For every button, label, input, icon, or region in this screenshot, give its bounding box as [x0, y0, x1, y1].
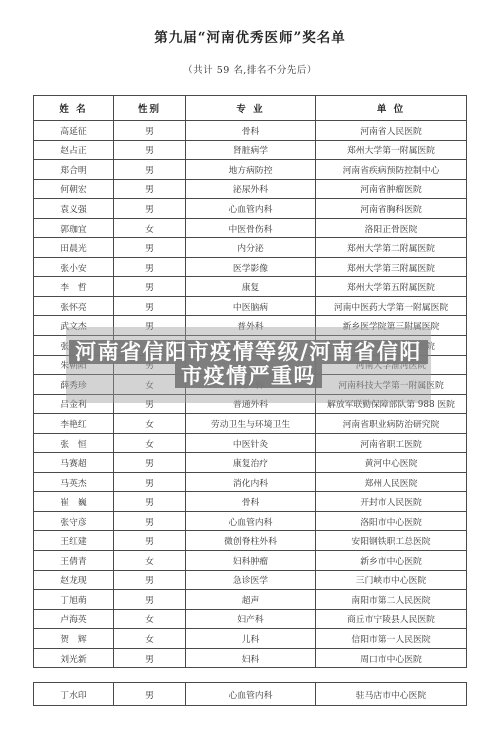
cell-name: 赵龙现 — [34, 570, 114, 590]
column-header-gender: 性别 — [114, 96, 186, 121]
cell-gender: 男 — [114, 277, 186, 297]
detached-award-table: 丁水印 男 心血管内科 驻马店市中心医院 — [33, 682, 467, 706]
cell-organization: 安阳钢铁职工总医院 — [316, 531, 467, 551]
table-row: 马英杰 男 消化内科 郑州人民医院 — [34, 472, 467, 492]
cell-name: 武文杰 — [34, 316, 114, 336]
cell-name: 卢海英 — [34, 609, 114, 629]
cell-gender: 男 — [114, 179, 186, 199]
table-row: 张小安 男 医学影像 郑州大学第三附属医院 — [34, 257, 467, 277]
table-row: 朱朝阳 男 河南大学淮河医院 — [34, 355, 467, 375]
cell-name: 李 哲 — [34, 277, 114, 297]
cell-organization: 洛阳市中心医院 — [316, 511, 467, 531]
table-row: 王红建 男 微创脊柱外科 安阳钢铁职工总医院 — [34, 531, 467, 551]
cell-name: 崔 巍 — [34, 492, 114, 512]
cell-organization: 驻马店市中心医院 — [316, 683, 467, 706]
cell-name: 张 恒 — [34, 433, 114, 453]
cell-specialty: 心血管内科 — [186, 683, 316, 706]
cell-organization: 信阳市第一人民医院 — [316, 629, 467, 649]
cell-specialty: 微创脊柱外科 — [186, 531, 316, 551]
cell-organization: 开封市人民医院 — [316, 492, 467, 512]
cell-gender: 女 — [114, 375, 186, 395]
table-row: 张 恒 女 中医针灸 河南省职工医院 — [34, 433, 467, 453]
cell-gender: 男 — [114, 472, 186, 492]
cell-specialty: 妇产科 — [186, 375, 316, 395]
cell-name: 贺 辉 — [34, 629, 114, 649]
cell-organization: 郑州大学第二附属医院 — [316, 238, 467, 258]
cell-name: 丁水印 — [34, 683, 114, 706]
cell-gender: 男 — [114, 316, 186, 336]
cell-organization: 洛阳正骨医院 — [316, 218, 467, 238]
table-row: 吕金利 男 普通外科 解放军联勤保障部队第 988 医院 — [34, 394, 467, 414]
table-row: 袁义强 男 心血管内科 河南省胸科医院 — [34, 199, 467, 219]
table-row: 高延征 男 骨科 河南省人民医院 — [34, 121, 467, 141]
cell-specialty: 内分泌 — [186, 238, 316, 258]
table-row: 卢海英 女 妇产科 商丘市宁陵县人民医院 — [34, 609, 467, 629]
table-header-row: 姓 名 性别 专 业 单 位 — [34, 96, 467, 121]
cell-name: 王红建 — [34, 531, 114, 551]
table-row: 张双林 男 胸心外科 河南大学第一附属医院 — [34, 336, 467, 356]
cell-name: 马英杰 — [34, 472, 114, 492]
cell-organization: 河南大学第一附属医院 — [316, 336, 467, 356]
cell-gender: 男 — [114, 121, 186, 141]
table-row: 郭珈宜 女 中医骨伤科 洛阳正骨医院 — [34, 218, 467, 238]
cell-gender: 女 — [114, 414, 186, 434]
cell-specialty: 骨科 — [186, 121, 316, 141]
cell-specialty: 中医骨伤科 — [186, 218, 316, 238]
cell-organization: 新乡市中心医院 — [316, 551, 467, 571]
award-document-page: 第九届“河南优秀医师”奖名单 （共计 59 名,排名不分先后） 姓 名 性别 专… — [0, 0, 500, 733]
detached-table-body: 丁水印 男 心血管内科 驻马店市中心医院 — [34, 683, 467, 706]
cell-gender: 男 — [114, 492, 186, 512]
cell-specialty: 康复 — [186, 277, 316, 297]
cell-gender: 男 — [114, 648, 186, 668]
cell-organization: 三门峡市中心医院 — [316, 570, 467, 590]
table-row: 武文杰 男 普外科 新乡医学院第三附属医院 — [34, 316, 467, 336]
cell-gender: 男 — [114, 570, 186, 590]
cell-specialty: 超声 — [186, 590, 316, 610]
cell-specialty: 泌尿外科 — [186, 179, 316, 199]
cell-name: 马赛超 — [34, 453, 114, 473]
cell-organization: 河南中医药大学第一附属医院 — [316, 296, 467, 316]
table-row: 张怀亮 男 中医脑病 河南中医药大学第一附属医院 — [34, 296, 467, 316]
cell-gender: 男 — [114, 199, 186, 219]
award-table: 姓 名 性别 专 业 单 位 高延征 男 骨科 河南省人民医院 赵占正 男 肾脏… — [33, 95, 467, 668]
cell-specialty: 心血管内科 — [186, 511, 316, 531]
cell-gender: 男 — [114, 531, 186, 551]
cell-name: 王倩青 — [34, 551, 114, 571]
cell-organization: 郑州大学第三附属医院 — [316, 257, 467, 277]
cell-gender: 女 — [114, 551, 186, 571]
cell-name: 郭珈宜 — [34, 218, 114, 238]
table-row: 赵占正 男 肾脏病学 郑州大学第一附属医院 — [34, 140, 467, 160]
table-row: 薛秀珍 女 妇产科 河南科技大学第一附属医院 — [34, 375, 467, 395]
cell-specialty: 中医针灸 — [186, 433, 316, 453]
cell-gender: 男 — [114, 238, 186, 258]
cell-name: 吕金利 — [34, 394, 114, 414]
cell-gender: 男 — [114, 590, 186, 610]
cell-organization: 河南省人民医院 — [316, 121, 467, 141]
cell-organization: 郑州大学第五附属医院 — [316, 277, 467, 297]
cell-name: 张怀亮 — [34, 296, 114, 316]
cell-specialty: 普通外科 — [186, 394, 316, 414]
cell-specialty — [186, 355, 316, 375]
table-row: 崔 巍 男 骨科 开封市人民医院 — [34, 492, 467, 512]
cell-gender: 女 — [114, 629, 186, 649]
cell-name: 张小安 — [34, 257, 114, 277]
cell-specialty: 儿科 — [186, 629, 316, 649]
table-row: 李 哲 男 康复 郑州大学第五附属医院 — [34, 277, 467, 297]
cell-organization: 周口市中心医院 — [316, 648, 467, 668]
table-row: 李艳红 女 劳动卫生与环境卫生 河南省职业病防治研究院 — [34, 414, 467, 434]
cell-organization: 解放军联勤保障部队第 988 医院 — [316, 394, 467, 414]
cell-gender: 男 — [114, 140, 186, 160]
cell-organization: 河南省肿瘤医院 — [316, 179, 467, 199]
table-row: 丁旭萌 男 超声 南阳市第二人民医院 — [34, 590, 467, 610]
cell-specialty: 妇科肿瘤 — [186, 551, 316, 571]
cell-name: 李艳红 — [34, 414, 114, 434]
cell-name: 刘光新 — [34, 648, 114, 668]
cell-organization: 河南省职工医院 — [316, 433, 467, 453]
cell-specialty: 劳动卫生与环境卫生 — [186, 414, 316, 434]
cell-name: 田晨光 — [34, 238, 114, 258]
cell-name: 朱朝阳 — [34, 355, 114, 375]
cell-organization: 新乡医学院第三附属医院 — [316, 316, 467, 336]
cell-gender: 男 — [114, 394, 186, 414]
table-row: 郑合明 男 地方病防控 河南省疾病预防控制中心 — [34, 160, 467, 180]
column-header-organization: 单 位 — [316, 96, 467, 121]
page-title: 第九届“河南优秀医师”奖名单 — [0, 26, 500, 46]
cell-specialty: 普外科 — [186, 316, 316, 336]
cell-organization: 郑州人民医院 — [316, 472, 467, 492]
cell-name: 薛秀珍 — [34, 375, 114, 395]
cell-gender: 女 — [114, 218, 186, 238]
table-row: 赵龙现 男 急诊医学 三门峡市中心医院 — [34, 570, 467, 590]
cell-name: 何朝宏 — [34, 179, 114, 199]
cell-gender: 男 — [114, 160, 186, 180]
table-row: 马赛超 男 康复治疗 黄河中心医院 — [34, 453, 467, 473]
cell-specialty: 急诊医学 — [186, 570, 316, 590]
cell-specialty: 妇科 — [186, 648, 316, 668]
table-row: 田晨光 男 内分泌 郑州大学第二附属医院 — [34, 238, 467, 258]
cell-gender: 女 — [114, 433, 186, 453]
cell-specialty: 医学影像 — [186, 257, 316, 277]
cell-gender: 男 — [114, 511, 186, 531]
column-header-specialty: 专 业 — [186, 96, 316, 121]
cell-specialty: 妇产科 — [186, 609, 316, 629]
award-table-body: 高延征 男 骨科 河南省人民医院 赵占正 男 肾脏病学 郑州大学第一附属医院 郑… — [34, 121, 467, 668]
cell-specialty: 心血管内科 — [186, 199, 316, 219]
cell-name: 高延征 — [34, 121, 114, 141]
table-row: 丁水印 男 心血管内科 驻马店市中心医院 — [34, 683, 467, 706]
cell-specialty: 地方病防控 — [186, 160, 316, 180]
table-row: 刘光新 男 妇科 周口市中心医院 — [34, 648, 467, 668]
cell-gender: 男 — [114, 453, 186, 473]
cell-specialty: 肾脏病学 — [186, 140, 316, 160]
cell-specialty: 中医脑病 — [186, 296, 316, 316]
cell-organization: 南阳市第二人民医院 — [316, 590, 467, 610]
cell-organization: 河南科技大学第一附属医院 — [316, 375, 467, 395]
cell-gender: 男 — [114, 355, 186, 375]
cell-name: 张双林 — [34, 336, 114, 356]
cell-name: 赵占正 — [34, 140, 114, 160]
cell-organization: 黄河中心医院 — [316, 453, 467, 473]
cell-name: 郑合明 — [34, 160, 114, 180]
cell-gender: 男 — [114, 336, 186, 356]
cell-organization: 河南省胸科医院 — [316, 199, 467, 219]
table-row: 贺 辉 女 儿科 信阳市第一人民医院 — [34, 629, 467, 649]
cell-gender: 男 — [114, 296, 186, 316]
cell-name: 张守彦 — [34, 511, 114, 531]
column-header-name: 姓 名 — [34, 96, 114, 121]
cell-organization: 河南大学淮河医院 — [316, 355, 467, 375]
cell-specialty: 胸心外科 — [186, 336, 316, 356]
cell-organization: 河南省职业病防治研究院 — [316, 414, 467, 434]
table-row: 张守彦 男 心血管内科 洛阳市中心医院 — [34, 511, 467, 531]
cell-specialty: 骨科 — [186, 492, 316, 512]
table-row: 何朝宏 男 泌尿外科 河南省肿瘤医院 — [34, 179, 467, 199]
page-subtitle: （共计 59 名,排名不分先后） — [0, 62, 500, 76]
cell-specialty: 消化内科 — [186, 472, 316, 492]
cell-specialty: 康复治疗 — [186, 453, 316, 473]
cell-gender: 男 — [114, 257, 186, 277]
cell-name: 袁义强 — [34, 199, 114, 219]
cell-organization: 商丘市宁陵县人民医院 — [316, 609, 467, 629]
cell-gender: 男 — [114, 683, 186, 706]
cell-organization: 河南省疾病预防控制中心 — [316, 160, 467, 180]
cell-organization: 郑州大学第一附属医院 — [316, 140, 467, 160]
cell-gender: 女 — [114, 609, 186, 629]
table-row: 王倩青 女 妇科肿瘤 新乡市中心医院 — [34, 551, 467, 571]
cell-name: 丁旭萌 — [34, 590, 114, 610]
